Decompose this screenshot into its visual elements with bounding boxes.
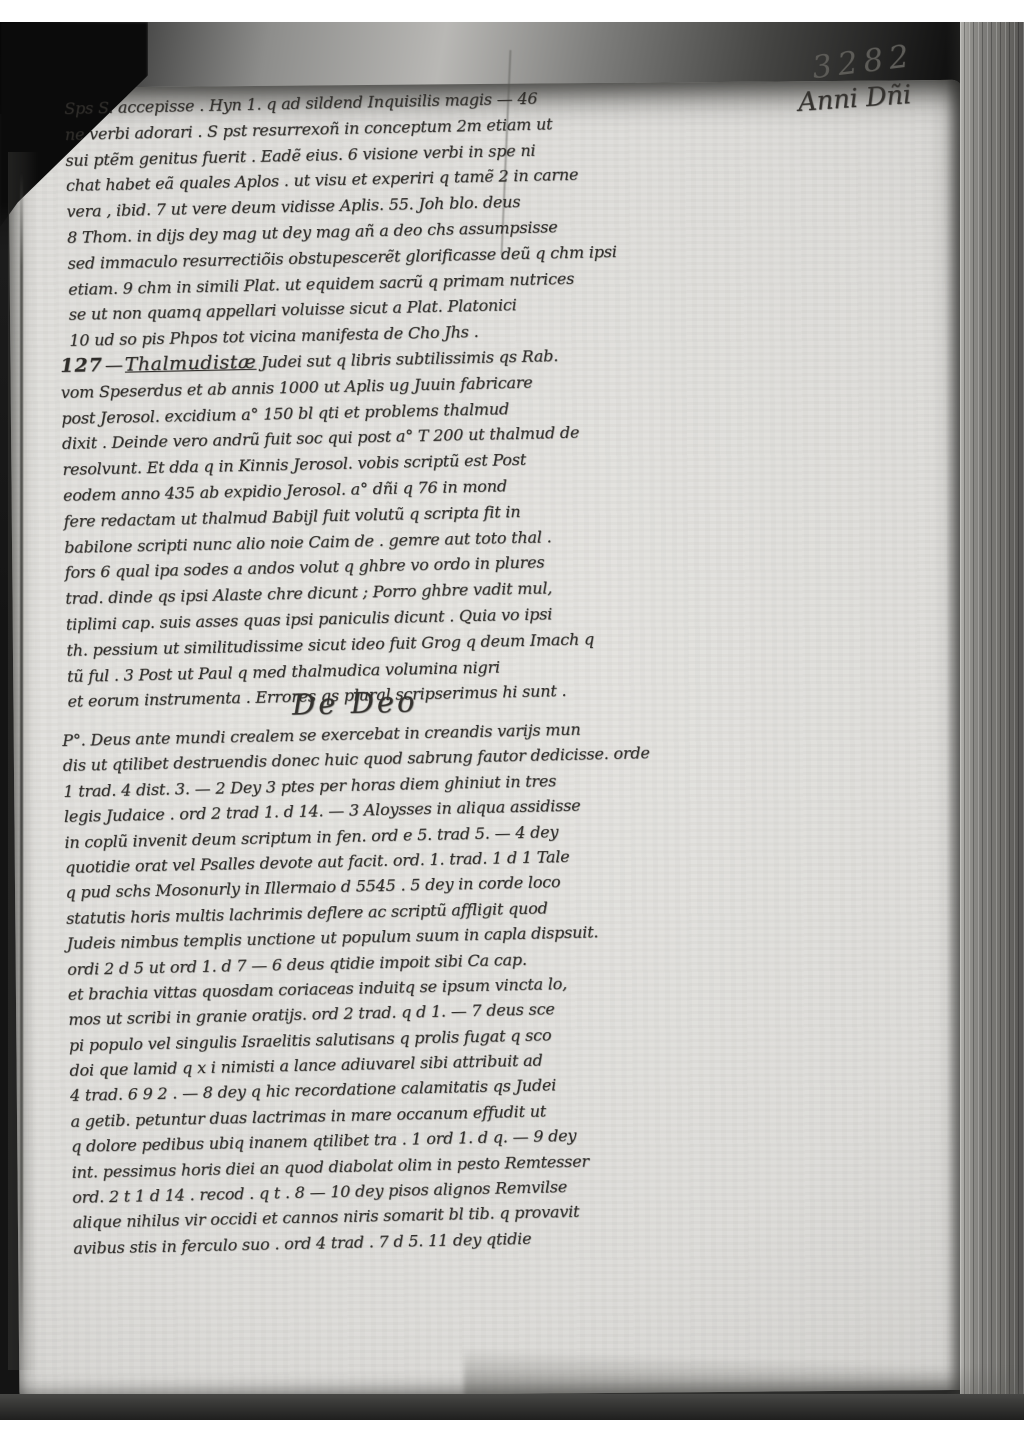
entry-number: 127 [60, 354, 103, 377]
entry-127-lines: vom Speserdus et ab annis 1000 ut Aplis … [61, 368, 596, 715]
gutter-crease-line [20, 172, 23, 1350]
entry-title-thalmudistae: Thalmudistæ [124, 351, 256, 376]
entry-127: 127—Thalmudistæ Judei sut q libris subti… [60, 342, 595, 715]
book-fore-edge-pages [960, 22, 1024, 1420]
book-bottom-edge-shadow [0, 1394, 1024, 1420]
entry-dash: — [103, 355, 125, 376]
entry-first-line-rest: Judei sut q libris subtilissimis qs Rab. [256, 346, 558, 372]
gutter-shadow [8, 152, 38, 1370]
paragraph-1: Sps S. accepisse . Hyn 1. q ad sildend I… [64, 84, 619, 354]
section-de-deo: P°. Deus ante mundi crealem se exercebat… [62, 715, 660, 1261]
bottom-page-shadow [464, 1346, 1024, 1398]
manuscript-photo-scan: 3282 Anni Dñi Sps S. accepisse . Hyn 1. … [0, 0, 1024, 1448]
photo-area: 3282 Anni Dñi Sps S. accepisse . Hyn 1. … [0, 22, 1024, 1420]
section-heading-de-deo: De Deo [292, 684, 418, 721]
